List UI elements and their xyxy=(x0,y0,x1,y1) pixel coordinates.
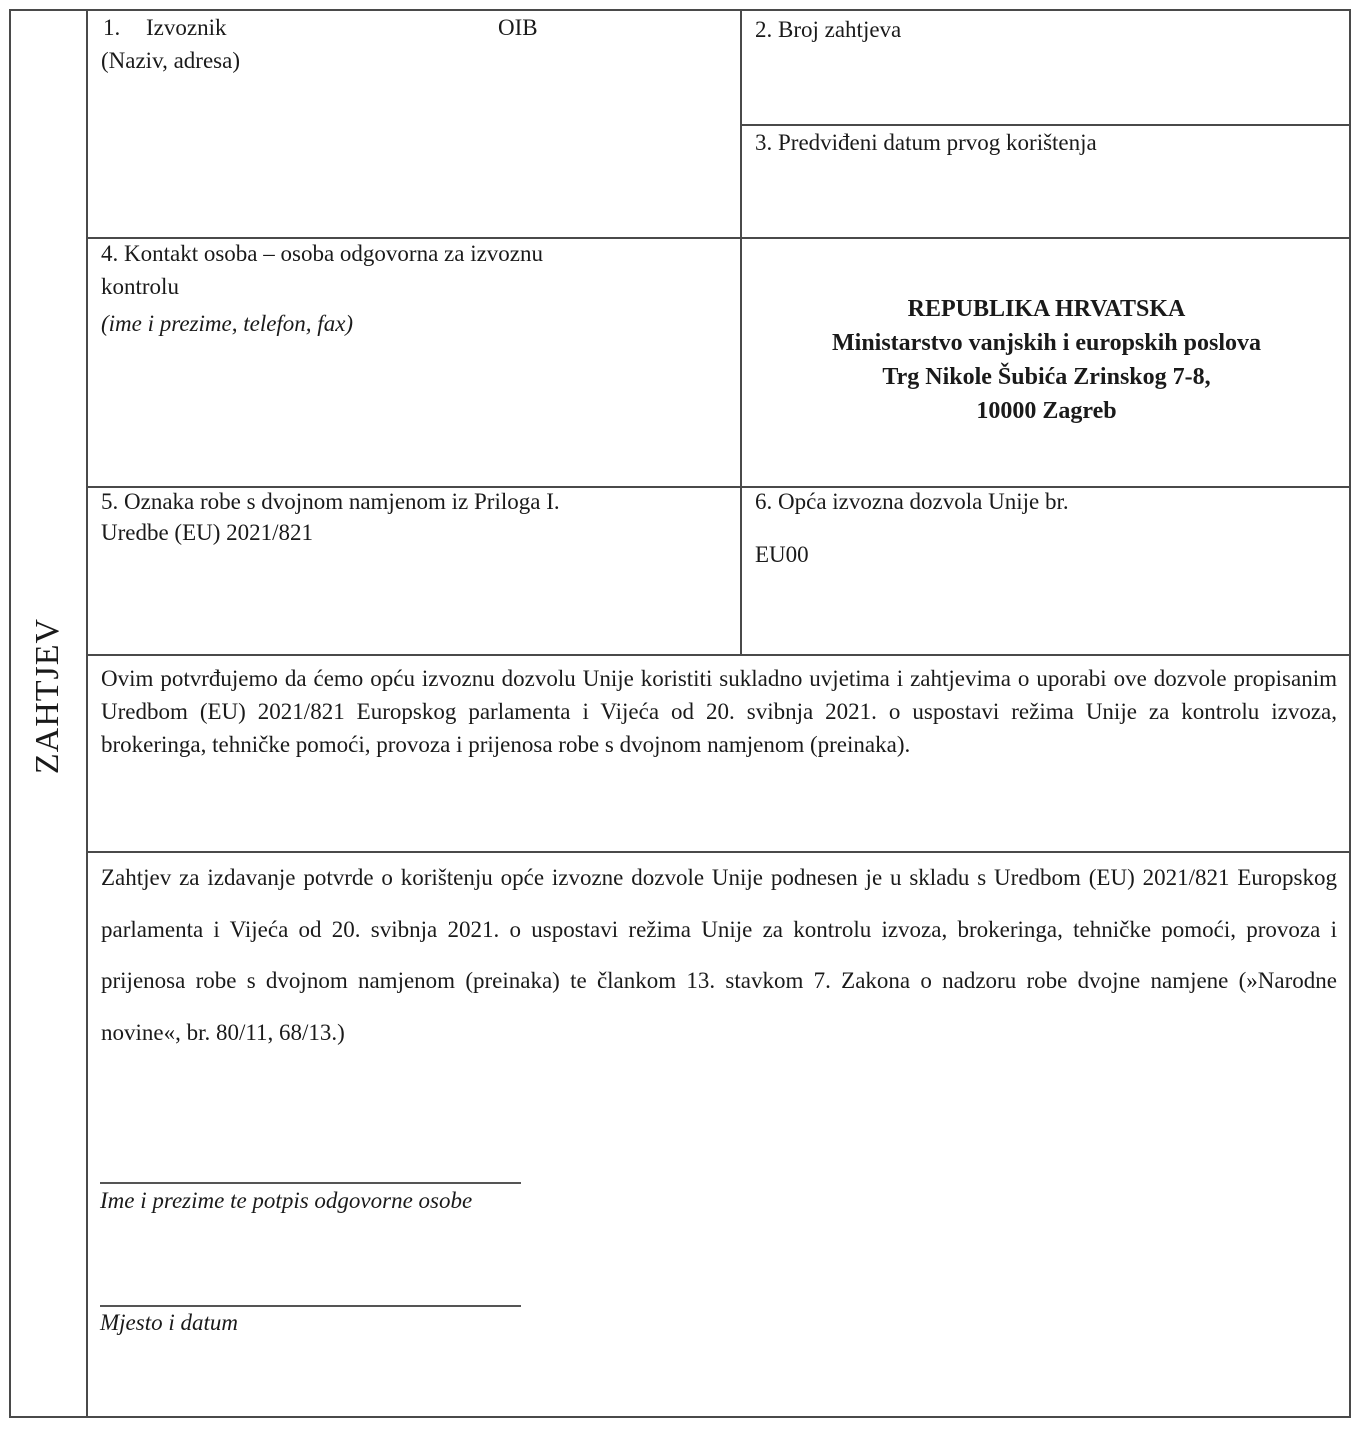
general-export-authorisation-label: 6. Opća izvozna dozvola Unije br. xyxy=(755,485,1069,520)
oib-label: OIB xyxy=(498,11,538,46)
exporter-number: 1. xyxy=(103,11,120,46)
first-use-date-label: 3. Predviđeni datum prvog korištenja xyxy=(755,126,1097,161)
exporter-field[interactable]: 1. Izvoznik OIB (Naziv, adresa) xyxy=(88,11,740,237)
dual-use-code-field[interactable]: 5. Oznaka robe s dvojnom namjenom iz Pri… xyxy=(88,488,740,654)
frame-bottom-border xyxy=(9,1416,1351,1418)
recipient-city: 10000 Zagreb xyxy=(743,394,1350,428)
exporter-sub-label: (Naziv, adresa) xyxy=(101,44,240,79)
contact-person-hint: (ime i prezime, telefon, fax) xyxy=(101,307,353,342)
dual-use-code-label-line2: Uredbe (EU) 2021/821 xyxy=(101,516,313,551)
dual-use-code-label-line1: 5. Oznaka robe s dvojnom namjenom iz Pri… xyxy=(101,485,560,520)
recipient-ministry: Ministarstvo vanjskih i europskih poslov… xyxy=(743,326,1350,360)
request-number-label: 2. Broj zahtjeva xyxy=(755,13,901,48)
general-export-authorisation-value: EU00 xyxy=(755,538,809,573)
signature-label: Ime i prezime te potpis odgovorne osobe xyxy=(100,1184,472,1219)
contact-person-label-line2: kontrolu xyxy=(101,270,179,305)
contact-person-field[interactable]: 4. Kontakt osoba – osoba odgovorna za iz… xyxy=(88,239,740,486)
declaration-text: Ovim potvrđujemo da ćemo opću izvoznu do… xyxy=(101,662,1337,761)
first-use-date-field[interactable]: 3. Predviđeni datum prvog korištenja xyxy=(742,126,1349,237)
recipient-country: REPUBLIKA HRVATSKA xyxy=(743,292,1350,326)
recipient-street: Trg Nikole Šubića Zrinskog 7-8, xyxy=(743,360,1350,394)
frame-right-border xyxy=(1349,9,1351,1418)
row-divider-declaration xyxy=(86,654,1351,656)
legal-basis-text: Zahtjev za izdavanje potvrde o korištenj… xyxy=(101,852,1337,1058)
exporter-label: Izvoznik xyxy=(146,11,226,46)
recipient-authority: REPUBLIKA HRVATSKA Ministarstvo vanjskih… xyxy=(743,292,1350,428)
frame-left-border xyxy=(9,9,11,1418)
request-number-field[interactable]: 2. Broj zahtjeva xyxy=(742,11,1349,124)
contact-person-label-line1: 4. Kontakt osoba – osoba odgovorna za iz… xyxy=(101,237,543,272)
side-label-zahtjev: ZAHTJEV xyxy=(29,618,67,774)
place-date-label: Mjesto i datum xyxy=(100,1306,238,1341)
general-export-authorisation-field[interactable]: 6. Opća izvozna dozvola Unije br. EU00 xyxy=(742,488,1349,654)
